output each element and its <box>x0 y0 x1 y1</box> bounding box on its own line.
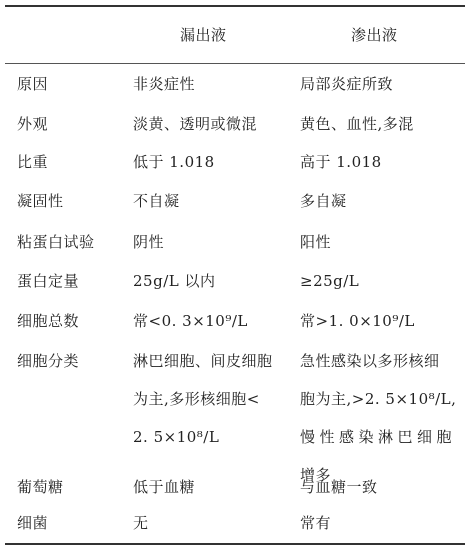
transudate-value: 常<0. 3×10⁹/L <box>133 302 248 340</box>
exudate-line: 慢性感染淋巴细胞 <box>300 418 456 456</box>
exudate-value: 与血糖一致 <box>300 468 378 506</box>
transudate-value: 低于血糖 <box>133 468 195 506</box>
transudate-value: 非炎症性 <box>133 65 195 103</box>
transudate-value: 阴性 <box>133 223 164 261</box>
exudate-value: 多自凝 <box>300 182 347 220</box>
transudate-line: 为主,多形核细胞< <box>133 380 260 418</box>
transudate-value: 淡黄、透明或微混 <box>133 105 257 143</box>
transudate-line: 淋巴细胞、间皮细胞 <box>133 342 273 380</box>
transudate-value: 不自凝 <box>133 182 180 220</box>
header-exudate: 渗出液 <box>351 16 398 54</box>
exudate-value: 黄色、血性,多混 <box>300 105 414 143</box>
exudate-line: 胞为主,>2. 5×10⁸/L, <box>300 380 456 418</box>
exudate-value: ≥25g/L <box>300 262 359 300</box>
header-transudate: 漏出液 <box>180 16 227 54</box>
exudate-value: 高于 1.018 <box>300 143 382 181</box>
row-label: 原因 <box>17 65 48 103</box>
row-label: 细胞总数 <box>17 302 79 340</box>
transudate-value: 无 <box>133 504 149 542</box>
row-label: 外观 <box>17 105 48 143</box>
exudate-value: 局部炎症所致 <box>300 65 393 103</box>
exudate-value: 常>1. 0×10⁹/L <box>300 302 415 340</box>
table-top-rule <box>5 5 465 7</box>
exudate-value: 阳性 <box>300 223 331 261</box>
row-label: 凝固性 <box>17 182 64 220</box>
exudate-value: 常有 <box>300 504 331 542</box>
row-label: 粘蛋白试验 <box>17 223 95 261</box>
transudate-line: 2. 5×10⁸/L <box>133 418 219 456</box>
row-label: 蛋白定量 <box>17 262 79 300</box>
row-label: 细菌 <box>17 504 48 542</box>
transudate-value: 25g/L 以内 <box>133 262 215 300</box>
row-label: 葡萄糖 <box>17 468 64 506</box>
row-label: 比重 <box>17 143 48 181</box>
table-header-rule <box>5 63 465 64</box>
transudate-value: 低于 1.018 <box>133 143 215 181</box>
table-bottom-rule <box>5 543 465 545</box>
exudate-line: 急性感染以多形核细 <box>300 342 440 380</box>
row-label: 细胞分类 <box>17 342 79 380</box>
